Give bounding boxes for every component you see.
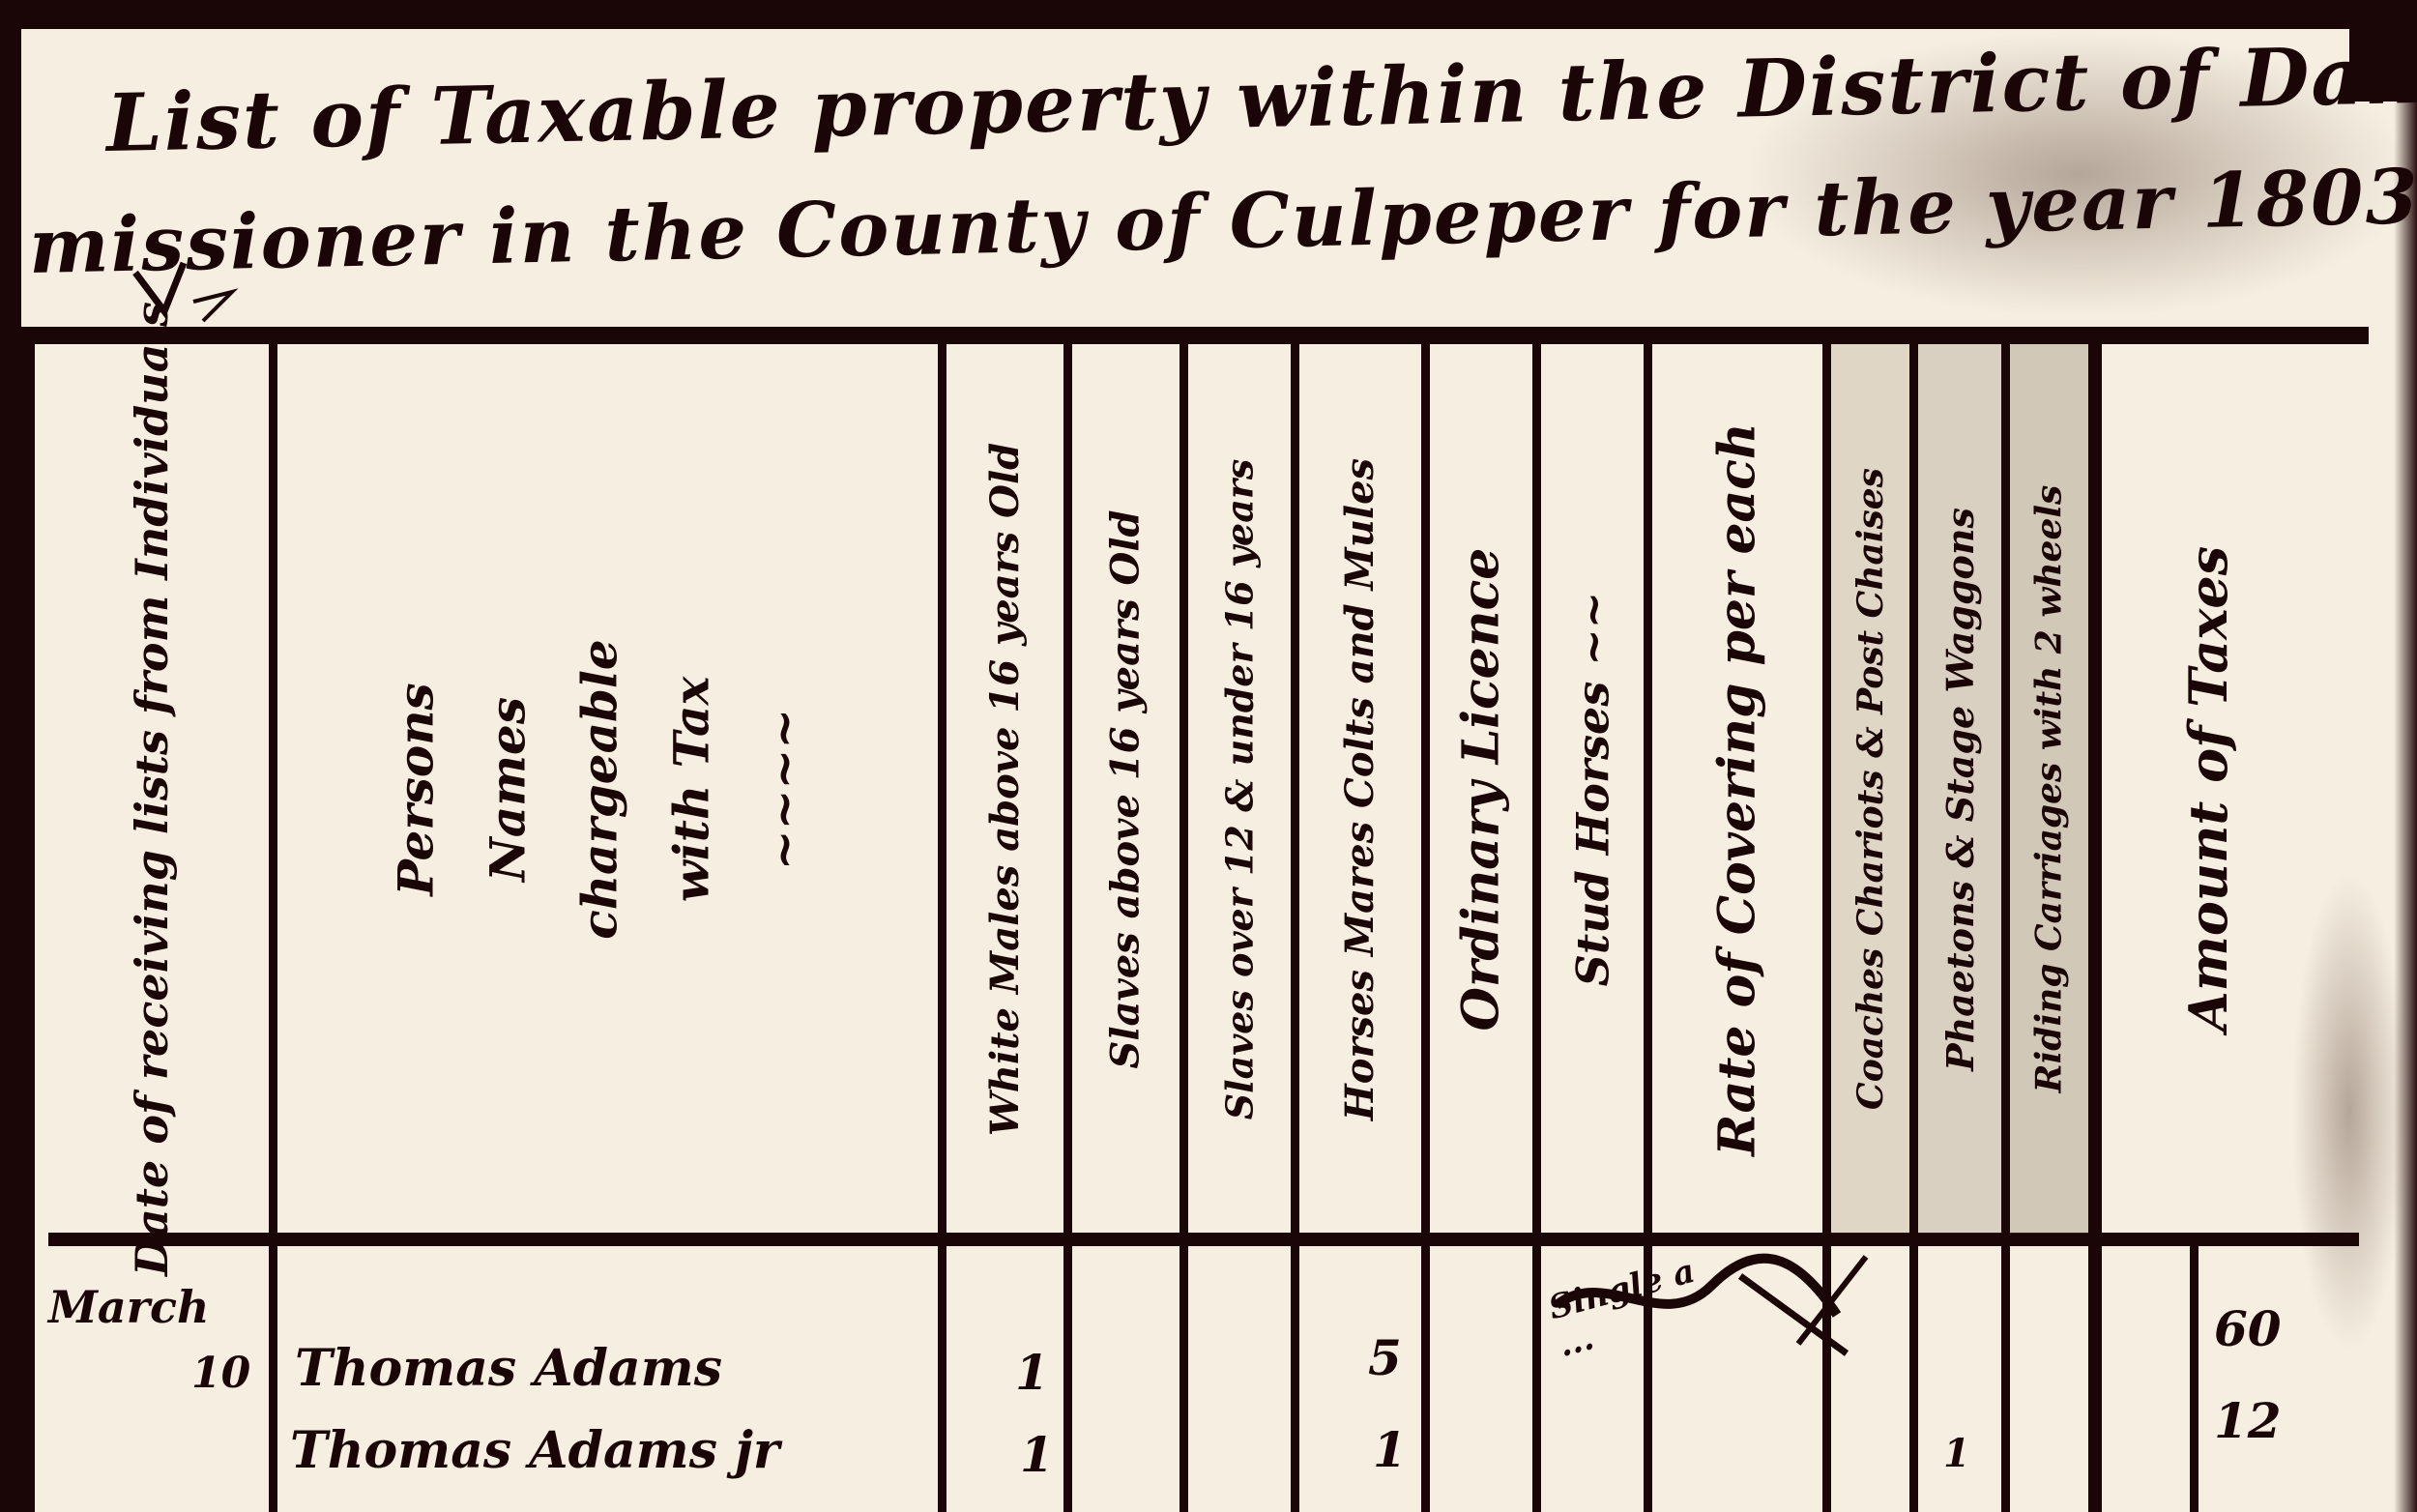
column-rule	[1063, 338, 1072, 1512]
header-top-rule	[10, 327, 2369, 344]
scan-border-top	[0, 0, 2417, 29]
header-riding-carriages: Riding Carriages with 2 wheels	[2010, 344, 2088, 1234]
header-bottom-rule	[48, 1233, 2359, 1246]
title-line-2: missioner in the County of Culpeper for …	[28, 147, 2417, 291]
header-horses: Horses Mares Colts and Mules	[1299, 344, 1421, 1234]
column-rule	[2001, 338, 2010, 1512]
header-stud-horses: Stud Horses ~~	[1541, 344, 1644, 1234]
header-phaetons: Phaetons & Stage Waggons	[1918, 344, 2001, 1234]
column-rule	[1421, 338, 1430, 1512]
row-white-males: 1	[1020, 1426, 1054, 1483]
header-slaves-above-16: Slaves above 16 years Old	[1072, 344, 1179, 1234]
ledger-title: List of Taxable property within the Dist…	[39, 39, 2378, 319]
row-amount-of-taxes: 60	[2214, 1300, 2282, 1357]
row-horses: 5	[1368, 1329, 1402, 1386]
row-name: Thomas Adams jr	[290, 1421, 779, 1480]
header-white-males: White Males above 16 years Old	[946, 344, 1063, 1234]
ink-flourish	[126, 253, 242, 331]
header-ordinary-licence: Ordinary Licence	[1430, 344, 1532, 1234]
row-phaetons: 1	[1943, 1431, 1970, 1476]
row-date-month: March	[48, 1281, 209, 1333]
row-white-males: 1	[1015, 1344, 1049, 1401]
column-rule	[938, 338, 946, 1512]
title-line-1: List of Taxable property within the Dist…	[105, 15, 2417, 170]
header-rate-of-covering: Rate of Covering per each	[1652, 344, 1822, 1234]
header-coaches: Coaches Chariots & Post Chaises	[1831, 344, 1909, 1234]
column-rule	[2088, 338, 2102, 1512]
header-slaves-12-16: Slaves over 12 & under 16 years	[1188, 344, 1291, 1234]
row-horses: 1	[1373, 1421, 1407, 1478]
row-amount-of-taxes: 12	[2214, 1392, 2282, 1449]
row-name: Thomas Adams	[295, 1339, 722, 1398]
column-rule	[1179, 338, 1188, 1512]
column-rule	[1909, 338, 1918, 1512]
column-rule	[269, 338, 277, 1512]
header-amount-of-taxes: Amount of Taxes	[2102, 344, 2315, 1234]
scan-border-left	[0, 0, 21, 1512]
header-name: Persons Names chargeable with Tax ~~~~	[454, 344, 744, 1234]
column-rule	[1532, 338, 1541, 1512]
column-rule	[2190, 1237, 2199, 1512]
ink-flourish	[1547, 1247, 1895, 1363]
column-rule	[1291, 338, 1299, 1512]
header-date: Date of receiving lists from Individuals	[35, 344, 269, 1234]
row-date-day: 10	[191, 1349, 250, 1398]
column-rule	[19, 327, 35, 1512]
